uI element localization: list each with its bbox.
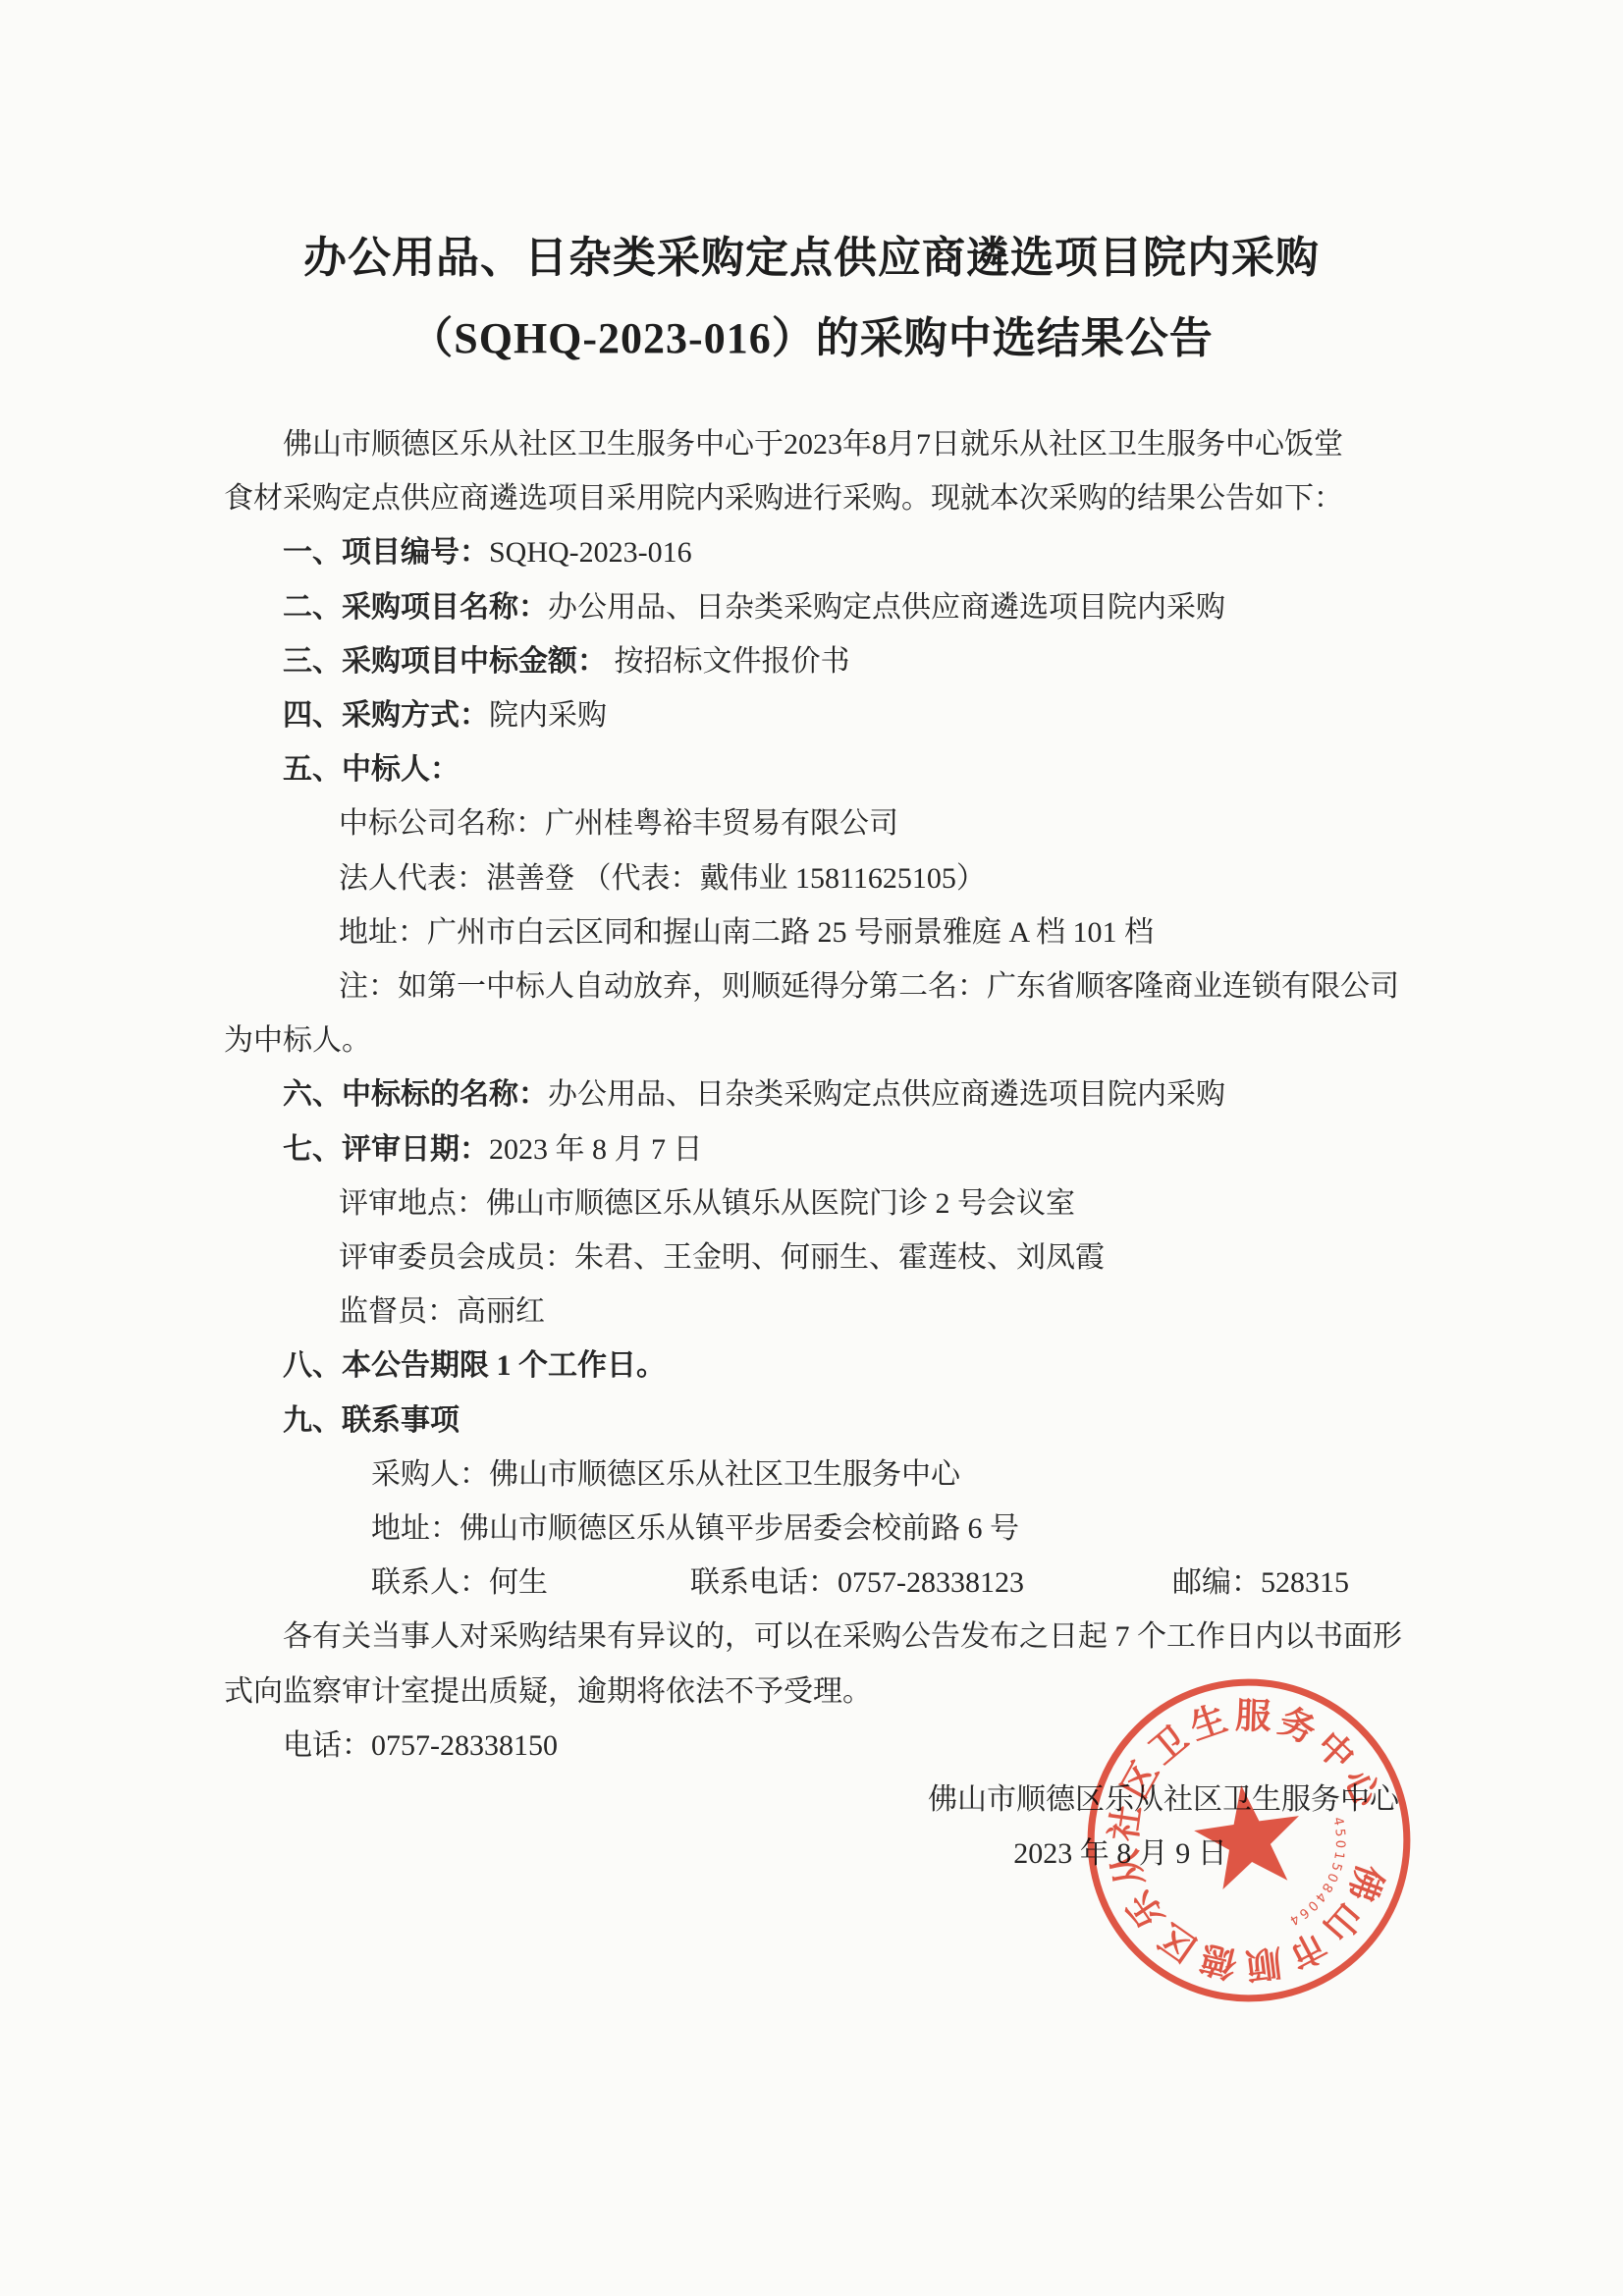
svg-text:4: 4 — [1329, 1816, 1345, 1827]
svg-text:佛: 佛 — [1340, 1859, 1389, 1906]
doc-line: 八、本公告期限 1 个工作日。 — [224, 1339, 1399, 1393]
svg-text:1: 1 — [1330, 1850, 1346, 1861]
doc-line: 一、项目编号：SQHQ-2023-016 — [224, 525, 1399, 579]
doc-line: 地址：佛山市顺德区乐从镇平步居委会校前路 6 号 — [224, 1502, 1399, 1556]
doc-line-text: 2023 年 8 月 7 日 — [489, 1133, 703, 1166]
doc-line: 为中标人。 — [224, 1013, 1399, 1067]
doc-line: 佛山市顺德区乐从社区卫生服务中心于2023年8月7日就乐从社区卫生服务中心饭堂 — [224, 417, 1399, 471]
doc-line-label: 八、本公告期限 1 个工作日。 — [283, 1349, 666, 1382]
doc-line-text: 采购人：佛山市顺德区乐从社区卫生服务中心 — [371, 1458, 960, 1491]
doc-line-label: 一、项目编号： — [283, 536, 489, 569]
doc-line-text: 地址：广州市白云区同和握山南二路 25 号丽景雅庭 A 档 101 档 — [339, 916, 1154, 949]
doc-line-text: 法人代表：湛善登 （代表：戴伟业 15811625105） — [339, 862, 986, 895]
doc-line-label: 五、中标人： — [283, 753, 460, 786]
doc-line-label: 二、采购项目名称： — [283, 591, 548, 624]
doc-line: 各有关当事人对采购结果有异议的，可以在采购公告发布之日起 7 个工作日内以书面形 — [224, 1610, 1399, 1664]
doc-line: 六、中标标的名称：办公用品、日杂类采购定点供应商遴选项目院内采购 — [224, 1067, 1399, 1121]
svg-text:区: 区 — [1152, 1916, 1204, 1969]
doc-line: 联系人：何生联系电话：0757-28338123邮编：528315 — [224, 1556, 1399, 1610]
doc-line-column: 邮编：528315 — [1172, 1556, 1349, 1610]
svg-text:市: 市 — [1282, 1924, 1332, 1975]
doc-line-column: 联系人：何生 — [371, 1556, 548, 1610]
svg-text:生: 生 — [1185, 1699, 1231, 1748]
title-line-1: 办公用品、日杂类采购定点供应商遴选项目院内采购 — [224, 218, 1399, 299]
doc-line: 九、联系事项 — [224, 1394, 1399, 1448]
svg-text:顺: 顺 — [1242, 1941, 1284, 1985]
scanned-document-page: 办公用品、日杂类采购定点供应商遴选项目院内采购 （SQHQ-2023-016）的… — [0, 0, 1623, 2296]
document-content: 办公用品、日杂类采购定点供应商遴选项目院内采购 （SQHQ-2023-016）的… — [224, 0, 1399, 1881]
doc-line-text: 院内采购 — [489, 699, 607, 732]
doc-line-text: 电话：0757-28338150 — [283, 1729, 558, 1762]
doc-line-column: 联系电话：0757-28338123 — [690, 1556, 1024, 1610]
svg-text:心: 心 — [1336, 1764, 1387, 1814]
svg-text:务: 务 — [1273, 1701, 1322, 1751]
doc-line-text: 中标公司名称：广州桂粤裕丰贸易有限公司 — [339, 807, 898, 840]
doc-line: 四、采购方式：院内采购 — [224, 688, 1399, 742]
svg-text:中: 中 — [1309, 1724, 1362, 1777]
doc-line-text: 各有关当事人对采购结果有异议的，可以在采购公告发布之日起 7 个工作日内以书面形 — [283, 1620, 1402, 1653]
doc-line: 监督员：高丽红 — [224, 1285, 1399, 1339]
svg-text:从: 从 — [1105, 1846, 1151, 1890]
star-icon — [1189, 1777, 1308, 1892]
svg-text:5: 5 — [1331, 1828, 1347, 1837]
doc-line: 三、采购项目中标金额： 按招标文件报价书 — [224, 634, 1399, 688]
doc-line-text: 地址：佛山市顺德区乐从镇平步居委会校前路 6 号 — [371, 1512, 1019, 1545]
doc-line: 五、中标人： — [224, 742, 1399, 796]
doc-line-text: 评审地点：佛山市顺德区乐从镇乐从医院门诊 2 号会议室 — [339, 1187, 1075, 1220]
doc-line: 采购人：佛山市顺德区乐从社区卫生服务中心 — [224, 1448, 1399, 1502]
svg-text:卫: 卫 — [1143, 1719, 1196, 1772]
title-line-2: （SQHQ-2023-016）的采购中选结果公告 — [224, 299, 1399, 379]
doc-line-label: 三、采购项目中标金额： — [283, 645, 607, 678]
svg-text:0: 0 — [1332, 1839, 1347, 1848]
doc-line: 评审地点：佛山市顺德区乐从镇乐从医院门诊 2 号会议室 — [224, 1176, 1399, 1230]
svg-text:区: 区 — [1114, 1755, 1166, 1805]
doc-line-text: 注：如第一中标人自动放弃，则顺延得分第二名：广东省顺客隆商业连锁有限公司 — [339, 970, 1399, 1003]
document-title: 办公用品、日杂类采购定点供应商遴选项目院内采购 （SQHQ-2023-016）的… — [224, 218, 1399, 379]
doc-line-text: 式向监察审计室提出质疑，逾期将依法不予受理。 — [224, 1675, 872, 1708]
svg-text:乐: 乐 — [1119, 1884, 1172, 1936]
svg-text:服: 服 — [1235, 1696, 1272, 1736]
doc-line: 七、评审日期：2023 年 8 月 7 日 — [224, 1122, 1399, 1176]
doc-line-text: 办公用品、日杂类采购定点供应商遴选项目院内采购 — [548, 591, 1225, 624]
doc-line-text: 为中标人。 — [224, 1024, 371, 1057]
doc-line-text: 评审委员会成员：朱君、王金明、何丽生、霍莲枝、刘凤霞 — [339, 1241, 1105, 1274]
doc-line: 地址：广州市白云区同和握山南二路 25 号丽景雅庭 A 档 101 档 — [224, 905, 1399, 959]
svg-text:德: 德 — [1195, 1937, 1241, 1984]
doc-line: 二、采购项目名称：办公用品、日杂类采购定点供应商遴选项目院内采购 — [224, 580, 1399, 634]
svg-text:5: 5 — [1327, 1861, 1344, 1873]
doc-line: 中标公司名称：广州桂粤裕丰贸易有限公司 — [224, 796, 1399, 850]
doc-line: 评审委员会成员：朱君、王金明、何丽生、霍莲枝、刘凤霞 — [224, 1230, 1399, 1285]
doc-line: 食材采购定点供应商遴选项目采用院内采购进行采购。现就本次采购的结果公告如下： — [224, 471, 1399, 525]
doc-line: 法人代表：湛善登 （代表：戴伟业 15811625105） — [224, 851, 1399, 905]
doc-line: 注：如第一中标人自动放弃，则顺延得分第二名：广东省顺客隆商业连锁有限公司 — [224, 959, 1399, 1013]
doc-line-label: 六、中标标的名称： — [283, 1078, 548, 1111]
doc-line-text: 按招标文件报价书 — [607, 645, 850, 678]
doc-line-text: 佛山市顺德区乐从社区卫生服务中心于2023年8月7日就乐从社区卫生服务中心饭堂 — [283, 428, 1343, 461]
doc-line-label: 四、采购方式： — [283, 699, 489, 732]
document-body: 佛山市顺德区乐从社区卫生服务中心于2023年8月7日就乐从社区卫生服务中心饭堂食… — [224, 417, 1399, 1773]
doc-line-label: 七、评审日期： — [283, 1133, 489, 1166]
doc-line-text: 监督员：高丽红 — [339, 1295, 545, 1328]
doc-line-text: SQHQ-2023-016 — [489, 536, 692, 569]
official-seal-stamp: 佛山市顺德区乐从社区卫生服务中心 45015084064 — [1080, 1671, 1418, 2009]
doc-line-label: 九、联系事项 — [283, 1404, 460, 1437]
doc-line-text: 办公用品、日杂类采购定点供应商遴选项目院内采购 — [548, 1078, 1225, 1111]
doc-line-text: 食材采购定点供应商遴选项目采用院内采购进行采购。现就本次采购的结果公告如下： — [224, 482, 1343, 515]
svg-text:社: 社 — [1105, 1803, 1149, 1844]
